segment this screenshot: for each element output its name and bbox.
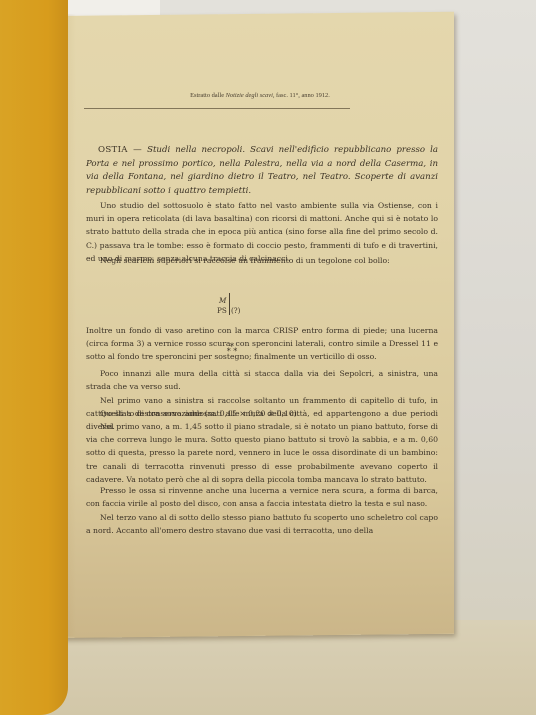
paragraph-2: Negli scarichi superiori si raccolse un … — [86, 254, 438, 267]
header-rule — [84, 108, 350, 109]
section2-paragraph-4: Nel primo vano, a m. 1,45 sotto il piano… — [86, 420, 438, 486]
offprint-note: Estratto dalle Notizie degli scavi, fasc… — [140, 92, 380, 99]
article-title: OSTIA — Studi nella necropoli. Scavi nel… — [86, 144, 438, 198]
paragraph-3: Inoltre un fondo di vaso aretino con la … — [86, 324, 438, 364]
section2-paragraph-1: Poco innanzi alle mura della città si st… — [86, 367, 438, 393]
yellow-cover — [0, 0, 68, 715]
section2-paragraph-6: Nel terzo vano al di sotto dello stesso … — [86, 511, 438, 537]
title-place: OSTIA — — [98, 145, 142, 155]
section2-paragraph-5: Presso le ossa si rinvenne anche una luc… — [86, 484, 438, 510]
section-asterism: ** * — [222, 344, 242, 354]
